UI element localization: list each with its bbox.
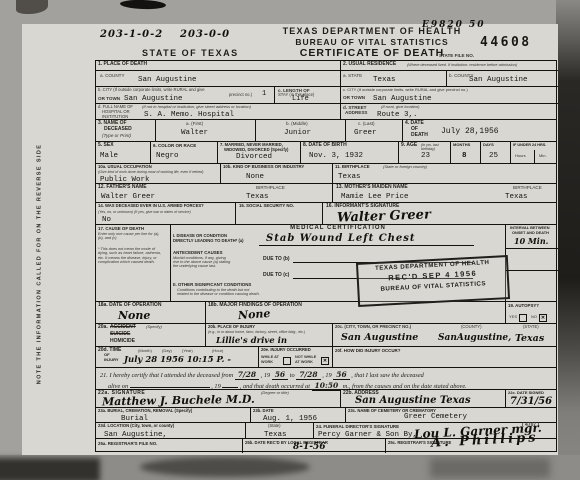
place-county-row: a. COUNTY San Augustine [96, 70, 341, 87]
mother-birthplace-label: BIRTHPLACE [513, 185, 542, 190]
other-conditions-note2: related to the disease or condition caus… [177, 292, 260, 296]
marital-value: Divorced [236, 153, 272, 161]
row-registrar: 25a. REGISTRAR'S FILE NO. 25b. DATE REC'… [96, 439, 556, 453]
injury-location-cell: 20c. (CITY, TOWN, OR PRECINCT NO.) (COUN… [333, 324, 558, 346]
name-middle-cell: b. (Middle) Junior [256, 120, 346, 141]
forces-note: (Yes, no, or unknown) (If yes, give war … [98, 210, 230, 214]
burial-value: Burial [121, 415, 148, 423]
hospital-value: S. A. Memo. Hospital [144, 111, 234, 119]
industry-cell: 10b. KIND OF BUSINESS OR INDUSTRY None [221, 164, 333, 183]
injury-place-cell: 20b. PLACE OF INJURY (e.g., in or about … [206, 324, 333, 346]
hour-label: (Hour) [212, 349, 223, 354]
burial-date-cell: 23b. DATE Aug. 1, 1956 [251, 408, 346, 422]
certify-to-year: 56 [333, 370, 349, 380]
injury-loc-label: 20c. (CITY, TOWN, OR PRECINCT NO.) [335, 325, 411, 330]
days-label: DAYS [483, 143, 494, 148]
injury-loc-county: SanAugustine, [438, 334, 511, 343]
physician-signature-cell: 22a. SIGNATURE (Degree or title) Matthew… [96, 390, 341, 407]
degree-label: (Degree or title) [261, 391, 289, 396]
ssn-label: 15. SOCIAL SECURITY NO. [239, 204, 294, 209]
min-label: Min. [539, 154, 547, 159]
age-under24-cell: IF UNDER 24 HRS. Hours Min. [511, 142, 558, 163]
scan-blotch-2 [0, 458, 100, 480]
informant-cell: 16. INFORMANT'S SIGNATURE Walter Greer [323, 203, 558, 224]
interval-divider2 [506, 270, 558, 271]
injury-kind-accident: ACCIDENT [110, 325, 136, 331]
father-birthplace-label: BIRTHPLACE [256, 185, 285, 190]
father-label: 12. FATHER'S NAME [98, 185, 147, 191]
sex-value: Male [100, 152, 118, 160]
disease-value: Stab Wound Left Chest [266, 234, 416, 244]
place-county-value: San Augustine [138, 76, 197, 84]
certify-p5: , and that death occurred at [240, 383, 310, 390]
autopsy-no-label: NO [531, 315, 537, 320]
burial-location-label: 23d. LOCATION (City, town, or county) [98, 424, 174, 429]
place-of-death-section: 1. PLACE OF DEATH a. COUNTY San Augustin… [96, 61, 341, 119]
injury-time-cell: 20d. TIME OF INJURY (Month) (Day) (Year)… [96, 347, 259, 367]
industry-value: None [246, 173, 264, 181]
interval-cell: INTERVAL BETWEEN ONSET AND DEATH 10 Min. [506, 225, 558, 301]
injury-occurred-cell: 20e. INJURY OCCURRED WHILE AT WORK NOT W… [259, 347, 333, 367]
state-file-no-label: STATE FILE NO. [439, 53, 474, 58]
name-label2: DECEASED [104, 127, 132, 133]
physician-address-cell: 22b. ADDRESS San Augustine Texas [341, 390, 506, 407]
age-value: 23 [421, 152, 430, 160]
header-bureau: BUREAU OF VITAL STATISTICS [270, 37, 474, 47]
while-at-work-label: WHILE AT [261, 355, 279, 359]
injury-how-cell: 20f. HOW DID INJURY OCCUR? [333, 347, 558, 367]
cause-sublabel: Enter only one cause per line for (a), (… [98, 232, 166, 241]
mother-value: Mamie Lee Price [341, 193, 409, 201]
injury-kind-homicide: HOMICIDE [110, 339, 135, 345]
registrar-signature: A. Phillips [431, 431, 539, 450]
hospital-note: (If not in hospital or institution, give… [142, 105, 251, 110]
not-while-label2: AT WORK [295, 360, 313, 364]
row-name: 3. NAME OF DECEASED (Type or Print) a. (… [96, 120, 556, 142]
street-label2: ADDRESS [345, 110, 367, 115]
burial-location-state-value: Texas [264, 431, 287, 439]
under24-label: IF UNDER 24 HRS. [513, 143, 546, 147]
certify-19b: , 19 [322, 372, 331, 379]
physician-address-value: San Augustine Texas [355, 396, 471, 406]
cause-sidebar: 17. CAUSE OF DEATH Enter only one cause … [96, 225, 171, 301]
residence-city-label: c. CITY (If outside corporate limits, wr… [343, 88, 468, 93]
usual-residence-section: 2. USUAL RESIDENCE (Where deceased lived… [341, 61, 558, 119]
place-city-label2: OR TOWN [98, 96, 120, 101]
dod-value: July 28,1956 [441, 128, 499, 137]
due-to-c-label: DUE TO (c) [263, 273, 289, 279]
forces-value: No [102, 216, 111, 224]
certify-blank1 [130, 381, 210, 388]
age-months-cell: MONTHS 8 [451, 142, 481, 163]
injury-kind-suicide: SUICIDE [110, 332, 130, 338]
certify-p1: 21. I hereby certify that I attended the… [100, 372, 233, 379]
registrar-date-value: 8-1-56 [293, 443, 326, 452]
residence-title-note: (Where deceased lived. If institution: r… [407, 63, 517, 67]
physician-signature: Matthew J. Buchele M.D. [102, 394, 255, 408]
informant-signature: Walter Greer [337, 208, 431, 224]
operation-findings-cell: 18b. MAJOR FINDINGS OF OPERATION None [206, 302, 506, 323]
residence-county-border [446, 71, 447, 87]
name-label-cell: 3. NAME OF DECEASED (Type or Print) [96, 120, 156, 141]
cemetery-cell: 23c. NAME OF CEMETERY OR CREMATORY Greer… [346, 408, 558, 422]
interval-label2: ONSET AND DEATH [512, 231, 549, 235]
injury-kind-label: 20a. [98, 325, 108, 331]
scan-band-right [556, 0, 580, 480]
row-occupation: 10a. USUAL OCCUPATION (Give kind of work… [96, 164, 556, 184]
interval-divider1 [506, 248, 558, 249]
street-value: Route 3,. [377, 111, 418, 119]
hours-label: Hours [515, 154, 526, 159]
birthplace-value: Texas [338, 173, 361, 181]
while-at-work-label2: WORK [261, 360, 273, 364]
registrar-file-label: 25a. REGISTRAR'S FILE NO. [98, 441, 157, 446]
dob-label: 8. DATE OF BIRTH [303, 143, 347, 149]
certificate-page: 203-1-0-2 203-0-0 E9820 50 TEXAS DEPARTM… [22, 24, 558, 455]
injury-county-label: (COUNTY) [461, 325, 481, 330]
burial-label: 23a. BURIAL, CREMATION, REMOVAL (Specify… [98, 409, 192, 414]
certify-line1: 21. I hereby certify that I attended the… [100, 371, 424, 379]
certify-p3: alive on [108, 383, 128, 390]
injury-time-value: July 28 1956 10:15 P. - [124, 356, 231, 365]
injury-time-label3: INJURY [104, 358, 119, 363]
residence-title: 2. USUAL RESIDENCE [343, 62, 396, 68]
place-title: 1. PLACE OF DEATH [98, 62, 147, 68]
residence-city-label2: OR TOWN [343, 95, 365, 100]
forces-label: 14. WAS DECEASED EVER IN U.S. ARMED FORC… [98, 204, 204, 209]
header-state-of-texas: STATE OF TEXAS [142, 49, 239, 58]
handwritten-code-left-2: 203-0-0 [180, 30, 230, 40]
injury-kind-cell: 20a. ACCIDENT (Specify) SUICIDE HOMICIDE [96, 324, 206, 346]
sex-cell: 5. SEX Male [96, 142, 151, 163]
middle-name-value: Junior [284, 129, 311, 137]
name-first-cell: a. (First) Walter [156, 120, 256, 141]
header-dept: TEXAS DEPARTMENT OF HEALTH [270, 26, 474, 37]
residence-state-value: Texas [373, 76, 396, 84]
injury-place-value: Lillie's drive in [216, 337, 287, 346]
occupation-value: Public Work [100, 176, 150, 184]
row-injury-kind: 20a. ACCIDENT (Specify) SUICIDE HOMICIDE… [96, 324, 556, 347]
occupation-cell: 10a. USUAL OCCUPATION (Give kind of work… [96, 164, 221, 183]
antecedent-note3: the underlying cause last. [173, 264, 216, 268]
residence-state-row: a. STATE Texas b. COUNTY San Augustine [341, 70, 558, 87]
residence-county-value: San Augustine [469, 76, 528, 84]
place-city-value: San Augustine [124, 95, 183, 103]
certify-to-date: 7/28 [296, 370, 320, 380]
place-city-row: b. CITY (If outside corporate limits, wr… [96, 86, 341, 104]
dob-value: Nov. 3, 1932 [309, 152, 363, 160]
burial-location-state-label: (State) [268, 424, 281, 429]
registrar-date-cell: 25b. DATE REC'D BY LOCAL REGISTRAR 8-1-5… [243, 439, 386, 453]
burial-cell: 23a. BURIAL, CREMATION, REMOVAL (Specify… [96, 408, 251, 422]
mother-birthplace-value: Texas [505, 193, 528, 201]
place-stay-cell-border [274, 87, 275, 104]
received-stamp: TEXAS DEPARTMENT OF HEALTH REC'D SEP 4 1… [356, 255, 510, 307]
burial-location-state-cell: (State) Texas [246, 423, 314, 438]
age-note: (In yrs. last birthday) [421, 143, 449, 151]
medical-certification-title: MEDICAL CERTIFICATION [171, 225, 505, 232]
dod-label3: DEATH [411, 133, 428, 139]
cemetery-value: Greer Cemetery [404, 413, 467, 421]
not-while-checkbox: ✕ [321, 357, 329, 365]
autopsy-yes-checkbox [519, 314, 527, 322]
injury-loc-city: San Augustine [341, 333, 418, 343]
autopsy-cell: 19. AUTOPSY? YES NO ✕ [506, 302, 558, 323]
age-label: 9. AGE [401, 143, 417, 149]
birthplace-note: (State or foreign country) [383, 165, 427, 170]
side-note-text: NOTE THE INFORMATION CALLED FOR ON THE R… [37, 144, 43, 385]
date-signed-cell: 22c. DATE SIGNED 7/31/56 [506, 390, 558, 407]
certify-p2: , that I last saw the deceased [351, 372, 424, 379]
injury-loc-state: Texas [515, 334, 544, 344]
months-value: 8 [462, 152, 467, 160]
street-note: (If rural, give location) [381, 105, 419, 110]
day-label: (Day) [162, 349, 172, 354]
residence-city-row: c. CITY (If outside corporate limits, wr… [341, 86, 558, 104]
industry-label: 10b. KIND OF BUSINESS OR INDUSTRY [223, 165, 304, 170]
birthplace-cell: 11. BIRTHPLACE (State or foreign country… [333, 164, 558, 183]
injury-kind-specify: (Specify) [146, 325, 162, 330]
cause-main: MEDICAL CERTIFICATION I. DISEASE OR COND… [171, 225, 506, 301]
operation-date-value: None [118, 310, 150, 321]
place-city-label: b. CITY (If outside corporate limits, wr… [98, 88, 205, 93]
first-name-value: Walter [181, 129, 208, 137]
row-cause-of-death: 17. CAUSE OF DEATH Enter only one cause … [96, 225, 556, 302]
certify-from-year: 56 [272, 370, 288, 380]
funeral-director-label: 24. FUNERAL DIRECTOR'S SIGNATURE [316, 424, 399, 429]
father-birthplace-value: Texas [246, 193, 269, 201]
injury-state-label: (STATE) [523, 325, 539, 330]
name-label3: (Type or Print) [102, 133, 131, 138]
cause-label: 17. CAUSE OF DEATH [98, 226, 144, 231]
certify-line2: alive on , 19 , and that death occurred … [108, 381, 467, 390]
ssn-cell: 15. SOCIAL SECURITY NO. [236, 203, 323, 224]
scan-blotch-3 [430, 458, 550, 478]
operation-date-cell: 18a. DATE OF OPERATION None [96, 302, 206, 323]
row-burial: 23a. BURIAL, CREMATION, REMOVAL (Specify… [96, 408, 556, 423]
days-value: 25 [489, 152, 498, 160]
interval-value: 10 Min. [514, 237, 548, 245]
burial-location-cell: 23d. LOCATION (City, town, or county) Sa… [96, 423, 246, 438]
scan-smudge-corner [16, 0, 48, 14]
injury-occurred-label: 20e. INJURY OCCURRED [261, 348, 311, 353]
birthplace-label: 11. BIRTHPLACE [335, 165, 370, 170]
cause-note: * This does not mean the mode of dying, … [98, 247, 166, 264]
place-county-label: a. COUNTY [100, 73, 125, 78]
due-to-b-label: DUE TO (b) [263, 257, 290, 263]
race-cell: 6. COLOR OR RACE Negro [151, 142, 218, 163]
autopsy-no-x-icon: ✕ [541, 315, 545, 321]
row-certify: 21. I hereby certify that I attended the… [96, 368, 556, 390]
autopsy-label: 19. AUTOPSY? [508, 303, 539, 308]
certify-blank2 [222, 381, 238, 388]
scan-blotch-1 [140, 457, 310, 477]
months-label: MONTHS [453, 143, 470, 148]
side-note-vertical: NOTE THE INFORMATION CALLED FOR ON THE R… [32, 99, 48, 429]
date-signed-label: 22c. DATE SIGNED [508, 391, 544, 396]
sex-label: 5. SEX [98, 143, 114, 149]
other-conditions-label: II. OTHER SIGNIFICANT CONDITIONS [173, 282, 251, 287]
burial-date-label: 23b. DATE [253, 409, 274, 414]
date-signed-value: 7/31/56 [510, 397, 552, 407]
under24-divider [534, 150, 535, 164]
occupation-note: (Give kind of work done during most of w… [98, 170, 216, 174]
header-center: TEXAS DEPARTMENT OF HEALTH BUREAU OF VIT… [270, 26, 474, 47]
year-label: (Year) [182, 349, 193, 354]
age-cell: 9. AGE (In yrs. last birthday) 23 [399, 142, 451, 163]
autopsy-yes-label: YES [509, 315, 517, 320]
row-operation: 18a. DATE OF OPERATION None 18b. MAJOR F… [96, 302, 556, 324]
antecedent-label: ANTECEDENT CAUSES [173, 250, 223, 255]
operation-date-label: 18a. DATE OF OPERATION [98, 303, 161, 309]
row-place-residence: 1. PLACE OF DEATH a. COUNTY San Augustin… [96, 61, 556, 120]
place-precinct-value: 1 [262, 91, 266, 99]
name-last-cell: c. (Last) Greer [346, 120, 403, 141]
burial-location-city: San Augustine, [104, 431, 167, 439]
certify-19a: , 19 [261, 372, 270, 379]
date-of-death-cell: 4. DATE OF DEATH July 28,1956 [403, 120, 558, 141]
registrar-file-cell: 25a. REGISTRAR'S FILE NO. [96, 439, 243, 453]
row-parents: 12. FATHER'S NAME BIRTHPLACE Walter Gree… [96, 184, 556, 203]
mother-label: 13. MOTHER'S MAIDEN NAME [336, 185, 408, 191]
injury-how-label: 20f. HOW DID INJURY OCCUR? [335, 348, 400, 353]
not-while-x-icon: ✕ [323, 358, 327, 364]
last-name-value: Greer [354, 129, 377, 137]
disease-underline [259, 245, 474, 246]
residence-street-row: d. STREET ADDRESS (If rural, give locati… [341, 103, 558, 121]
place-hospital-row: d. FULL NAME OF HOSPITAL OR INSTITUTION … [96, 103, 341, 121]
residence-city-value: San Augustine [373, 95, 432, 103]
father-cell: 12. FATHER'S NAME BIRTHPLACE Walter Gree… [96, 184, 333, 202]
place-precinct-label: precinct no.) [229, 93, 252, 98]
residence-state-label: a. STATE [343, 73, 362, 78]
age-days-cell: DAYS 25 [481, 142, 511, 163]
disease-label2: DIRECTLY LEADING TO DEATH* (a) [173, 239, 244, 244]
middle-name-label: b. (Middle) [286, 121, 308, 126]
state-file-number: 44608 [480, 36, 532, 49]
registrar-signature-cell: 25c. REGISTRAR'S SIGNATURE A. Phillips [386, 439, 558, 453]
burial-date-value: Aug. 1, 1956 [263, 415, 317, 423]
race-label: 6. COLOR OR RACE [153, 143, 196, 148]
row-injury-time: 20d. TIME OF INJURY (Month) (Day) (Year)… [96, 347, 556, 368]
dob-cell: 8. DATE OF BIRTH Nov. 3, 1932 [301, 142, 399, 163]
handwritten-code-left-1: 203-1-0-2 [100, 30, 163, 40]
operation-findings-value: None [238, 308, 271, 321]
row-physician: 22a. SIGNATURE (Degree or title) Matthew… [96, 390, 556, 408]
injury-place-note: (e.g., in or about home, farm, factory, … [208, 330, 328, 334]
armed-forces-cell: 14. WAS DECEASED EVER IN U.S. ARMED FORC… [96, 203, 236, 224]
month-label: (Month) [138, 349, 152, 354]
marital-cell: 7. MARRIED, NEVER MARRIED, WIDOWED, DIVO… [218, 142, 301, 163]
scan-blob-topleft [120, 0, 166, 10]
funeral-typed-name: Percy Garner & Son By, [318, 431, 417, 439]
autopsy-no-checkbox: ✕ [539, 314, 547, 322]
father-value: Walter Greer [101, 193, 155, 201]
certify-p6: m., from the causes and on the date stat… [343, 383, 467, 390]
row-forces-informant: 14. WAS DECEASED EVER IN U.S. ARMED FORC… [96, 203, 556, 225]
mother-cell: 13. MOTHER'S MAIDEN NAME BIRTHPLACE Mami… [333, 184, 558, 202]
first-name-label: a. (First) [186, 121, 203, 126]
last-name-label: c. (Last) [358, 121, 375, 126]
not-while-label: NOT WHILE [295, 355, 316, 359]
certify-from-date: 7/28 [235, 370, 259, 380]
row-demographics: 5. SEX Male 6. COLOR OR RACE Negro 7. MA… [96, 142, 556, 164]
while-at-work-checkbox [283, 357, 291, 365]
certify-p4: , 19 [211, 383, 220, 390]
certificate-form: 1. PLACE OF DEATH a. COUNTY San Augustin… [95, 60, 557, 452]
race-value: Negro [156, 152, 179, 160]
